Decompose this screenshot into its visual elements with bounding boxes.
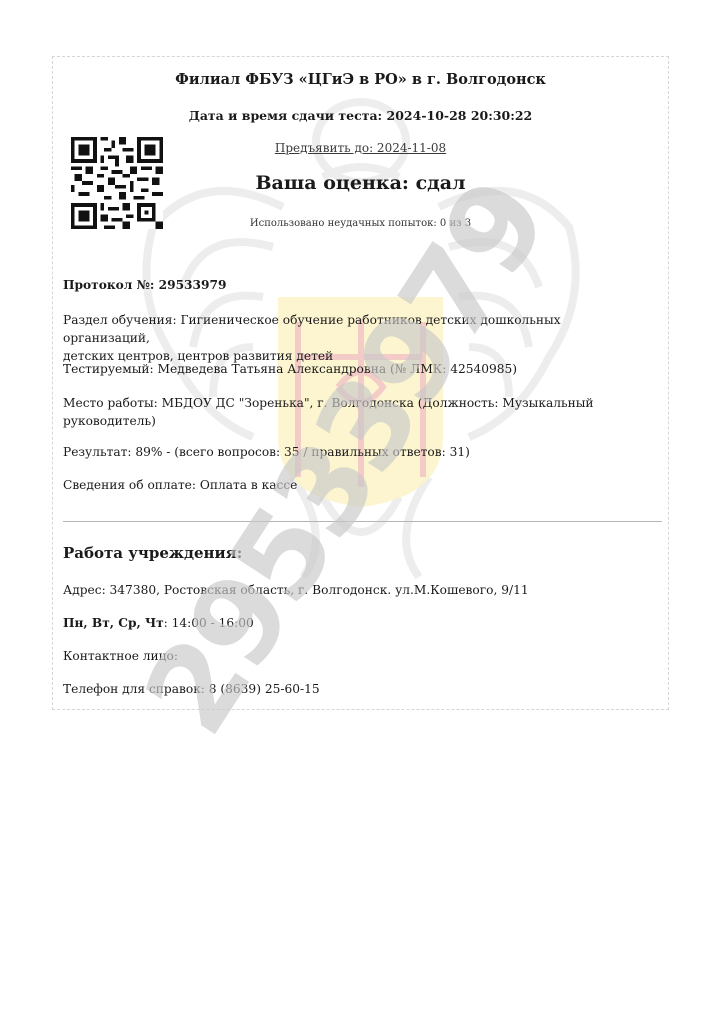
working-days: Пн, Вт, Ср, Чт	[63, 616, 164, 630]
protocol-number: Протокол №: 29533979	[63, 276, 648, 294]
training-section: Раздел обучения: Гигиеническое обучение …	[63, 311, 648, 365]
institution-hours: Пн, Вт, Ср, Чт: 14:00 - 16:00	[63, 614, 648, 632]
training-section-line1: Раздел обучения: Гигиеническое обучение …	[63, 311, 648, 347]
present-until-link[interactable]: Предъявить до: 2024-11-08	[275, 141, 446, 155]
workplace-line1: Место работы: МБДОУ ДС "Зоренька", г. Во…	[63, 394, 648, 412]
certificate-card: Филиал ФБУЗ «ЦГиЭ в РО» в г. Волгодонск …	[52, 56, 669, 710]
examinee: Тестируемый: Медведева Татьяна Александр…	[63, 360, 648, 378]
institution-address: Адрес: 347380, Ростовская область, г. Во…	[63, 581, 648, 599]
payment-info: Сведения об оплате: Оплата в кассе	[63, 476, 648, 494]
test-datetime-label: Дата и время сдачи теста:	[189, 108, 382, 123]
protocol-value: 29533979	[159, 278, 227, 292]
protocol-label: Протокол №:	[63, 278, 154, 292]
organization-title: Филиал ФБУЗ «ЦГиЭ в РО» в г. Волгодонск	[53, 71, 668, 88]
workplace: Место работы: МБДОУ ДС "Зоренька", г. Во…	[63, 394, 648, 430]
reference-phone: Телефон для справок: 8 (8639) 25-60-15	[63, 680, 648, 698]
working-hours: : 14:00 - 16:00	[164, 616, 254, 630]
institution-section-title: Работа учреждения:	[63, 544, 242, 562]
test-result: Результат: 89% - (всего вопросов: 35 / п…	[63, 443, 648, 461]
present-until: Предъявить до: 2024-11-08	[53, 141, 668, 155]
section-divider	[63, 521, 662, 522]
grade-result: Ваша оценка: сдал	[53, 172, 668, 194]
failed-attempts: Использовано неудачных попыток: 0 из 3	[53, 218, 668, 229]
contact-person: Контактное лицо:	[63, 647, 648, 665]
test-datetime: Дата и время сдачи теста: 2024-10-28 20:…	[53, 108, 668, 123]
workplace-line2: руководитель)	[63, 412, 648, 430]
test-datetime-value: 2024-10-28 20:30:22	[387, 108, 533, 123]
